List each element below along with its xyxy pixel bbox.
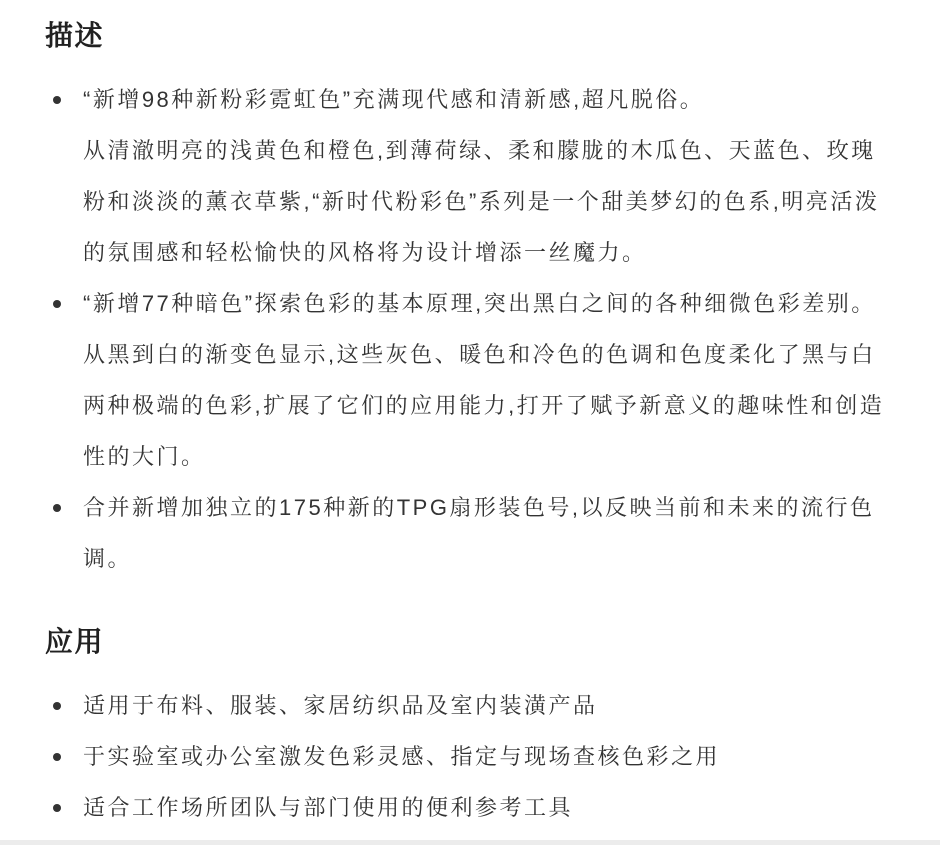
application-bullet-list: 适用于布料、服装、家居纺织品及室内装潢产品于实验室或办公室激发色彩灵感、指定与现… <box>45 680 898 833</box>
bullet-dot-icon <box>53 702 61 710</box>
list-item: 适用于布料、服装、家居纺织品及室内装潢产品 <box>45 680 898 731</box>
bullet-dot-icon <box>53 96 61 104</box>
list-item-text: 适用于布料、服装、家居纺织品及室内装潢产品 <box>83 693 598 718</box>
list-item: “新增77种暗色”探索色彩的基本原理,突出黑白之间的各种细微色彩差别。从黑到白的… <box>45 278 898 482</box>
bullet-dot-icon <box>53 504 61 512</box>
section-heading-description: 描述 <box>45 18 898 54</box>
list-item: 适合工作场所团队与部门使用的便利参考工具 <box>45 782 898 833</box>
description-bullet-list: “新增98种新粉彩霓虹色”充满现代感和清新感,超凡脱俗。从清澈明亮的浅黄色和橙色… <box>45 74 898 584</box>
list-item-text: 于实验室或办公室激发色彩灵感、指定与现场查核色彩之用 <box>83 744 720 769</box>
bullet-dot-icon <box>53 753 61 761</box>
list-item: 于实验室或办公室激发色彩灵感、指定与现场查核色彩之用 <box>45 731 898 782</box>
section-heading-application: 应用 <box>45 624 898 660</box>
list-item-text: “新增98种新粉彩霓虹色”充满现代感和清新感,超凡脱俗。从清澈明亮的浅黄色和橙色… <box>83 87 879 265</box>
bullet-dot-icon <box>53 300 61 308</box>
list-item: 合并新增加独立的175种新的TPG扇形装色号,以反映当前和未来的流行色调。 <box>45 482 898 584</box>
list-item-text: “新增77种暗色”探索色彩的基本原理,突出黑白之间的各种细微色彩差别。从黑到白的… <box>83 291 884 469</box>
product-description-page: 描述 “新增98种新粉彩霓虹色”充满现代感和清新感,超凡脱俗。从清澈明亮的浅黄色… <box>0 0 940 833</box>
list-item-text: 合并新增加独立的175种新的TPG扇形装色号,以反映当前和未来的流行色调。 <box>83 495 875 571</box>
list-item: “新增98种新粉彩霓虹色”充满现代感和清新感,超凡脱俗。从清澈明亮的浅黄色和橙色… <box>45 74 898 278</box>
list-item-text: 适合工作场所团队与部门使用的便利参考工具 <box>83 795 573 820</box>
bullet-dot-icon <box>53 804 61 812</box>
page-bottom-divider <box>0 840 940 845</box>
